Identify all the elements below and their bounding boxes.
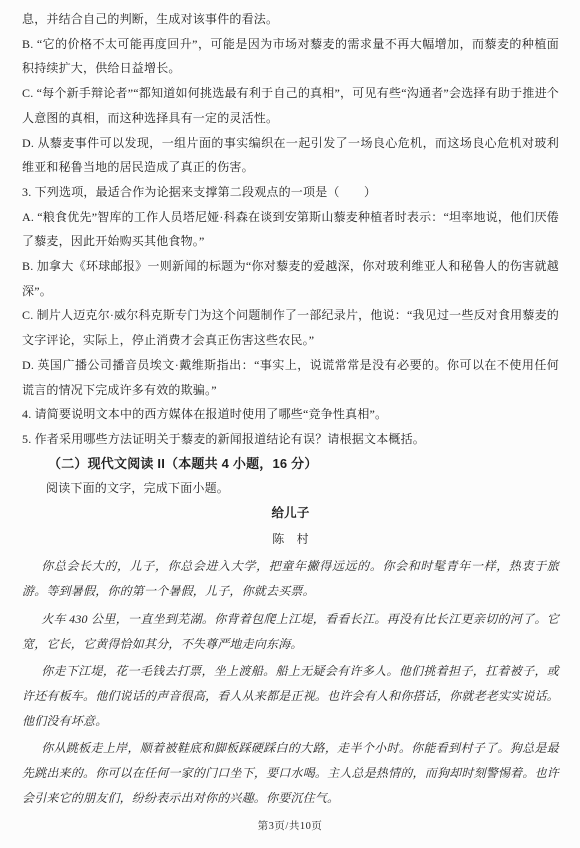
passage-body: 你总会长大的，儿子，你总会进入大学，把童年撇得远远的。你会和时髦青年一样，热衷于… (22, 554, 559, 810)
q3-option-c: C. 制片人迈克尔·威尔科克斯专门为这个问题制作了一部纪录片，他说：“我见过一些… (22, 303, 559, 352)
reading-instruction: 阅读下面的文字，完成下面小题。 (22, 476, 559, 501)
question-4: 4. 请简要说明文本中的西方媒体在报道时使用了哪些“竞争性真相”。 (22, 402, 559, 427)
passage-title: 给儿子 (22, 501, 559, 526)
question-3-stem: 3. 下列选项，最适合作为论据来支撑第二段观点的一项是（ ） (22, 180, 559, 205)
continuation-line: 息，并结合自己的判断，生成对该事件的看法。 (22, 7, 559, 32)
q3-option-d: D. 英国广播公司播音员埃文·戴维斯指出：“事实上，说谎常常是没有必要的。你可以… (22, 353, 559, 402)
q2-option-c: C. “每个新手辩论者”“都知道如何挑选最有利于自己的真相”，可见有些“沟通者”… (22, 81, 559, 130)
document-body: 息，并结合自己的判断，生成对该事件的看法。 B. “它的价格不太可能再度回升”，… (22, 7, 559, 811)
passage-paragraph: 火车 430 公里，一直坐到芜湖。你背着包爬上江堤，看看长江。再没有比长江更亲切… (22, 607, 559, 656)
question-5: 5. 作者采用哪些方法证明关于藜麦的新闻报道结论有误？请根据文本概括。 (22, 427, 559, 452)
q2-option-d: D. 从藜麦事件可以发现，一组片面的事实编织在一起引发了一场良心危机，而这场良心… (22, 131, 559, 180)
page-number: 第3页/共10页 (0, 818, 580, 833)
passage-paragraph: 你从跳板走上岸，顺着被鞋底和脚板踩硬踩白的大路，走半个小时。你能看到村子了。狗总… (22, 736, 559, 810)
q3-option-b: B. 加拿大《环球邮报》一则新闻的标题为“你对藜麦的爱越深，你对玻利维亚人和秘鲁… (22, 254, 559, 303)
exam-paper-page: { "colors": { "page_bg": "#fcfcfc", "tex… (0, 0, 580, 848)
passage-paragraph: 你总会长大的，儿子，你总会进入大学，把童年撇得远远的。你会和时髦青年一样，热衷于… (22, 554, 559, 603)
q2-option-b: B. “它的价格不太可能再度回升”，可能是因为市场对藜麦的需求量不再大幅增加，而… (22, 32, 559, 81)
q3-option-a: A. “粮食优先”智库的工作人员塔尼娅·科森在谈到安第斯山藜麦种植者时表示：“坦… (22, 205, 559, 254)
passage-paragraph: 你走下江堤，花一毛钱去打票，坐上渡船。船上无疑会有许多人。他们挑着担子，扛着被子… (22, 659, 559, 733)
passage-author: 陈 村 (22, 527, 559, 552)
section-heading: （二）现代文阅读 II（本题共 4 小题，16 分） (22, 452, 559, 477)
